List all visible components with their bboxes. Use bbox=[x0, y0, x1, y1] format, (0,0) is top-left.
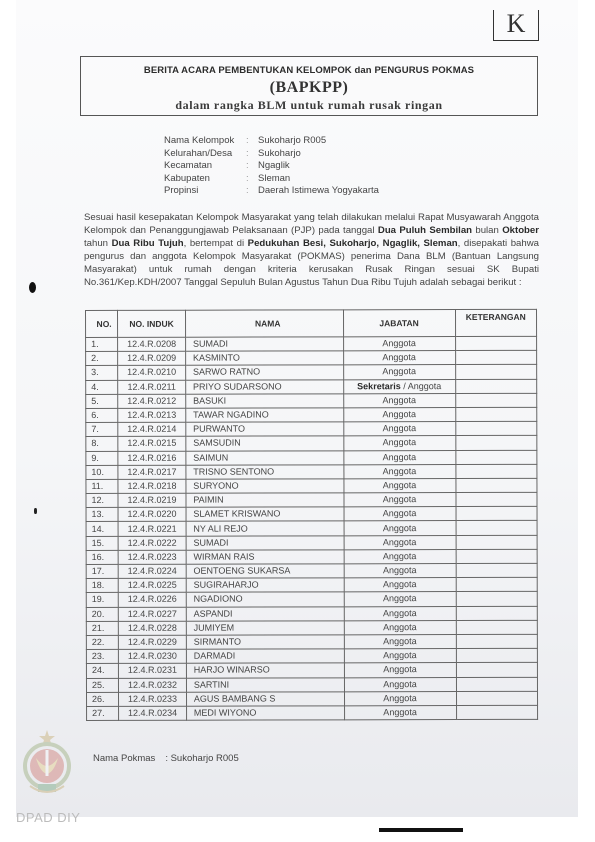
table-row: 20.12.4.R.0227ASPANDIAnggota bbox=[86, 606, 537, 621]
cell-nama: HARJO WINARSO bbox=[186, 663, 344, 678]
cell-nama: WIRMAN RAIS bbox=[186, 550, 344, 565]
cell-jabatan: Anggota bbox=[343, 464, 455, 478]
table-row: 8.12.4.R.0215SAMSUDINAnggota bbox=[86, 436, 537, 451]
cell-nama: SURYONO bbox=[186, 479, 344, 494]
cell-no: 24. bbox=[86, 664, 118, 678]
cell-no: 9. bbox=[86, 451, 118, 465]
cell-no-induk: 12.4.R.0234 bbox=[119, 706, 187, 720]
info-separator: : bbox=[246, 185, 258, 198]
cell-no: 21. bbox=[86, 621, 118, 635]
cell-no-induk: 12.4.R.0218 bbox=[118, 479, 186, 493]
header-nama: NAMA bbox=[185, 310, 343, 337]
cell-no: 3. bbox=[86, 366, 118, 380]
cell-jabatan: Anggota bbox=[343, 450, 455, 464]
info-row-propinsi: Propinsi : Daerah Istimewa Yogyakarta bbox=[164, 185, 379, 198]
table-row: 17.12.4.R.0224OENTOENG SUKARSAAnggota bbox=[86, 563, 537, 578]
cell-keterangan bbox=[455, 421, 537, 435]
info-row-kecamatan: Kecamatan : Ngaglik bbox=[164, 160, 379, 173]
punch-hole-mark bbox=[29, 282, 36, 293]
cell-no-induk: 12.4.R.0211 bbox=[118, 380, 186, 394]
cell-no: 18. bbox=[86, 579, 118, 593]
cell-nama: SUMADI bbox=[186, 535, 344, 550]
jabatan-text: Anggota bbox=[383, 579, 417, 589]
cell-jabatan: Anggota bbox=[343, 337, 455, 351]
cell-nama: SUMADI bbox=[185, 337, 343, 352]
cell-keterangan bbox=[455, 379, 537, 393]
cell-keterangan bbox=[456, 634, 538, 648]
info-row-kelurahan: Kelurahan/Desa : Sukoharjo bbox=[164, 148, 379, 161]
cell-nama: PAIMIN bbox=[186, 493, 344, 508]
table-row: 3.12.4.R.0210SARWO RATNOAnggota bbox=[86, 365, 537, 380]
paragraph-date-day: Dua Puluh Sembilan bbox=[378, 225, 472, 236]
cell-nama: SLAMET KRISWANO bbox=[186, 507, 344, 522]
cell-nama: ASPANDI bbox=[186, 606, 344, 621]
cell-jabatan: Anggota bbox=[343, 407, 455, 421]
cell-no-induk: 12.4.R.0222 bbox=[118, 536, 186, 550]
paragraph-text: , bertempat di bbox=[184, 238, 248, 249]
info-label: Kecamatan bbox=[164, 160, 246, 173]
cell-keterangan bbox=[456, 578, 538, 592]
jabatan-text: Anggota bbox=[383, 423, 417, 433]
table-row: 25.12.4.R.0232SARTINIAnggota bbox=[86, 677, 537, 692]
cell-jabatan: Anggota bbox=[344, 521, 456, 535]
info-value: Sleman bbox=[258, 173, 290, 186]
cell-nama: TRISNO SENTONO bbox=[186, 465, 344, 480]
info-label: Kabupaten bbox=[164, 173, 246, 186]
table-row: 13.12.4.R.0220SLAMET KRISWANOAnggota bbox=[86, 507, 537, 522]
table-row: 6.12.4.R.0213TAWAR NGADINOAnggota bbox=[86, 407, 537, 422]
paragraph-text: bulan bbox=[472, 225, 502, 236]
info-separator: : bbox=[246, 160, 258, 173]
cell-keterangan bbox=[456, 563, 538, 577]
cell-no: 10. bbox=[86, 465, 118, 479]
cell-nama: NY ALI REJO bbox=[186, 521, 344, 536]
title-subtitle: dalam rangka BLM untuk rumah rusak ringa… bbox=[81, 98, 537, 113]
scan-edge-bar bbox=[379, 828, 463, 832]
cell-nama: BASUKI bbox=[186, 394, 344, 409]
cell-no-induk: 12.4.R.0212 bbox=[118, 394, 186, 408]
cell-jabatan: Anggota bbox=[343, 365, 455, 379]
members-table: NO. NO. INDUK NAMA JABATAN KETERANGAN 1.… bbox=[85, 309, 538, 721]
cell-keterangan bbox=[456, 691, 538, 705]
cell-no: 6. bbox=[86, 408, 118, 422]
info-separator: : bbox=[246, 173, 258, 186]
table-row: 16.12.4.R.0223WIRMAN RAISAnggota bbox=[86, 549, 537, 564]
cell-keterangan bbox=[456, 677, 538, 691]
table-row: 2.12.4.R.0209KASMINTOAnggota bbox=[86, 351, 537, 366]
cell-no: 13. bbox=[86, 508, 118, 522]
cell-keterangan bbox=[456, 606, 538, 620]
jabatan-text: Anggota bbox=[383, 679, 417, 689]
cell-keterangan bbox=[456, 663, 538, 677]
cell-keterangan bbox=[455, 464, 537, 478]
cell-no-induk: 12.4.R.0216 bbox=[118, 451, 186, 465]
jabatan-text: Anggota bbox=[383, 409, 417, 419]
jabatan-text: Anggota bbox=[383, 622, 417, 632]
paragraph-date-month: Oktober bbox=[502, 225, 539, 236]
cell-jabatan: Anggota bbox=[343, 351, 455, 365]
info-value: Sukoharjo bbox=[258, 148, 301, 161]
jabatan-text: Anggota bbox=[382, 395, 416, 405]
jabatan-text: Anggota bbox=[382, 338, 416, 348]
header-jabatan: JABATAN bbox=[343, 310, 455, 337]
jabatan-text: Anggota bbox=[383, 707, 417, 717]
title-heading: BERITA ACARA PEMBENTUKAN KELOMPOK dan PE… bbox=[81, 65, 537, 76]
pokmas-separator: : bbox=[165, 753, 168, 764]
info-label: Nama Kelompok bbox=[164, 135, 246, 148]
title-acronym: (BAPKPP) bbox=[81, 79, 537, 97]
jabatan-text: Anggota bbox=[383, 608, 417, 618]
cell-no: 4. bbox=[86, 380, 118, 394]
cell-keterangan bbox=[455, 450, 537, 464]
jabatan-text: Anggota bbox=[383, 523, 417, 533]
info-label: Propinsi bbox=[164, 185, 246, 198]
table-row: 10.12.4.R.0217TRISNO SENTONOAnggota bbox=[86, 464, 537, 479]
cell-jabatan: Anggota bbox=[343, 478, 455, 492]
pokmas-footer: Nama Pokmas: Sukoharjo R005 bbox=[93, 753, 239, 764]
cell-keterangan bbox=[455, 351, 537, 365]
cell-jabatan: Anggota bbox=[344, 592, 456, 606]
cell-no-induk: 12.4.R.0217 bbox=[118, 465, 186, 479]
table-body: 1.12.4.R.0208SUMADIAnggota2.12.4.R.0209K… bbox=[86, 336, 538, 720]
cell-keterangan bbox=[455, 365, 537, 379]
cell-nama: SIRMANTO bbox=[186, 635, 344, 650]
cell-nama: TAWAR NGADINO bbox=[186, 408, 344, 423]
intro-paragraph: Sesuai hasil kesepakatan Kelompok Masyar… bbox=[84, 211, 539, 289]
cell-keterangan bbox=[456, 620, 538, 634]
table-row: 9.12.4.R.0216SAIMUNAnggota bbox=[86, 450, 537, 465]
cell-no-induk: 12.4.R.0219 bbox=[118, 493, 186, 507]
cell-jabatan: Anggota bbox=[344, 507, 456, 521]
dpad-diy-crest-icon bbox=[18, 728, 76, 798]
table-row: 5.12.4.R.0212BASUKIAnggota bbox=[86, 393, 537, 408]
table-row: 23.12.4.R.0230DARMADIAnggota bbox=[86, 648, 537, 663]
cell-no-induk: 12.4.R.0232 bbox=[119, 678, 187, 692]
group-info: Nama Kelompok : Sukoharjo R005 Kelurahan… bbox=[164, 135, 379, 198]
header-keterangan: KETERANGAN bbox=[455, 309, 537, 336]
table-row: 19.12.4.R.0226NGADIONOAnggota bbox=[86, 592, 537, 607]
table-row: 7.12.4.R.0214PURWANTOAnggota bbox=[86, 421, 537, 436]
cell-no-induk: 12.4.R.0209 bbox=[118, 351, 186, 365]
cell-nama: SARTINI bbox=[186, 677, 344, 692]
jabatan-text: Anggota bbox=[383, 480, 417, 490]
info-separator: : bbox=[246, 135, 258, 148]
jabatan-text: Anggota bbox=[383, 594, 417, 604]
table-row: 26.12.4.R.0233AGUS BAMBANG SAnggota bbox=[87, 691, 538, 706]
cell-nama: SUGIRAHARJO bbox=[186, 578, 344, 593]
jabatan-text: Anggota bbox=[383, 452, 417, 462]
cell-keterangan bbox=[456, 521, 538, 535]
jabatan-text: Anggota bbox=[383, 693, 417, 703]
info-value: Daerah Istimewa Yogyakarta bbox=[258, 185, 379, 198]
cell-no: 23. bbox=[86, 650, 118, 664]
cell-keterangan bbox=[455, 478, 537, 492]
pokmas-value: Sukoharjo R005 bbox=[171, 753, 239, 764]
jabatan-text: Anggota bbox=[382, 352, 416, 362]
cell-no-induk: 12.4.R.0226 bbox=[118, 593, 186, 607]
jabatan-text: Anggota bbox=[383, 537, 417, 547]
cell-no: 26. bbox=[87, 692, 119, 706]
ink-mark bbox=[34, 508, 37, 514]
cell-no-induk: 12.4.R.0233 bbox=[119, 692, 187, 706]
cell-no-induk: 12.4.R.0220 bbox=[118, 507, 186, 521]
cell-no: 12. bbox=[86, 493, 118, 507]
cell-jabatan: Sekretaris / Anggota bbox=[343, 379, 455, 393]
table-row: 22.12.4.R.0229SIRMANTOAnggota bbox=[86, 634, 537, 649]
cell-keterangan bbox=[456, 535, 538, 549]
table-row: 11.12.4.R.0218SURYONOAnggota bbox=[86, 478, 537, 493]
cell-jabatan: Anggota bbox=[344, 606, 456, 620]
cell-jabatan: Anggota bbox=[344, 663, 456, 677]
table-row: 27.12.4.R.0234MEDI WIYONOAnggota bbox=[87, 705, 538, 720]
watermark-text: DPAD DIY bbox=[16, 810, 80, 825]
cell-jabatan: Anggota bbox=[344, 564, 456, 578]
jabatan-role: Sekretaris bbox=[357, 381, 401, 391]
cell-nama: NGADIONO bbox=[186, 592, 344, 607]
cell-keterangan bbox=[455, 436, 537, 450]
cell-no-induk: 12.4.R.0213 bbox=[118, 408, 186, 422]
cell-jabatan: Anggota bbox=[344, 691, 456, 705]
jabatan-text: Anggota bbox=[382, 367, 416, 377]
table-row: 12.12.4.R.0219PAIMINAnggota bbox=[86, 492, 537, 507]
cell-no: 2. bbox=[86, 352, 118, 366]
cell-no: 19. bbox=[86, 593, 118, 607]
cell-jabatan: Anggota bbox=[344, 620, 456, 634]
cell-jabatan: Anggota bbox=[343, 393, 455, 407]
info-value: Sukoharjo R005 bbox=[258, 135, 326, 148]
cell-no: 8. bbox=[86, 437, 118, 451]
pokmas-label: Nama Pokmas bbox=[93, 753, 155, 764]
cell-nama: JUMIYEM bbox=[186, 621, 344, 636]
cell-no-induk: 12.4.R.0223 bbox=[118, 550, 186, 564]
cell-jabatan: Anggota bbox=[344, 535, 456, 549]
cell-no-induk: 12.4.R.0227 bbox=[118, 607, 186, 621]
cell-keterangan bbox=[456, 549, 538, 563]
cell-jabatan: Anggota bbox=[344, 549, 456, 563]
table-row: 18.12.4.R.0225SUGIRAHARJOAnggota bbox=[86, 578, 537, 593]
cell-no-induk: 12.4.R.0231 bbox=[119, 664, 187, 678]
cell-no-induk: 12.4.R.0230 bbox=[119, 649, 187, 663]
cell-no: 16. bbox=[86, 550, 118, 564]
cell-nama: OENTOENG SUKARSA bbox=[186, 564, 344, 579]
cell-nama: SAIMUN bbox=[186, 450, 344, 465]
cell-keterangan bbox=[455, 336, 537, 350]
cell-no-induk: 12.4.R.0228 bbox=[118, 621, 186, 635]
cell-no: 22. bbox=[86, 635, 118, 649]
cell-nama: SAMSUDIN bbox=[186, 436, 344, 451]
cell-jabatan: Anggota bbox=[344, 677, 456, 691]
cell-jabatan: Anggota bbox=[344, 578, 456, 592]
cell-nama: MEDI WIYONO bbox=[186, 706, 344, 721]
cell-jabatan: Anggota bbox=[344, 493, 456, 507]
table-row: 4.12.4.R.0211PRIYO SUDARSONOSekretaris /… bbox=[86, 379, 537, 394]
jabatan-text: Anggota bbox=[383, 565, 417, 575]
cell-jabatan: Anggota bbox=[344, 634, 456, 648]
cell-no-induk: 12.4.R.0229 bbox=[119, 635, 187, 649]
cell-no: 27. bbox=[87, 706, 119, 720]
cell-nama: AGUS BAMBANG S bbox=[186, 692, 344, 707]
paragraph-location: Pedukuhan Besi, Sukoharjo, Ngaglik, Slem… bbox=[248, 238, 458, 249]
cell-no-induk: 12.4.R.0210 bbox=[118, 366, 186, 380]
jabatan-text: Anggota bbox=[383, 494, 417, 504]
cell-no: 20. bbox=[86, 607, 118, 621]
cell-nama: SARWO RATNO bbox=[185, 365, 343, 380]
cell-no: 14. bbox=[86, 522, 118, 536]
corner-code-mark: K bbox=[493, 10, 539, 41]
info-separator: : bbox=[246, 148, 258, 161]
cell-no: 15. bbox=[86, 536, 118, 550]
table-row: 21.12.4.R.0228JUMIYEMAnggota bbox=[86, 620, 537, 635]
table-row: 24.12.4.R.0231HARJO WINARSOAnggota bbox=[86, 663, 537, 678]
cell-keterangan bbox=[456, 592, 538, 606]
jabatan-text: / Anggota bbox=[401, 381, 442, 391]
paragraph-text: tahun bbox=[84, 238, 112, 249]
cell-no-induk: 12.4.R.0215 bbox=[118, 437, 186, 451]
jabatan-text: Anggota bbox=[383, 650, 417, 660]
cell-no-induk: 12.4.R.0208 bbox=[118, 337, 186, 351]
cell-no-induk: 12.4.R.0221 bbox=[118, 522, 186, 536]
table-header-row: NO. NO. INDUK NAMA JABATAN KETERANGAN bbox=[86, 309, 537, 337]
cell-keterangan bbox=[455, 393, 537, 407]
header-no: NO. bbox=[86, 310, 118, 337]
cell-no: 11. bbox=[86, 479, 118, 493]
info-label: Kelurahan/Desa bbox=[164, 148, 246, 161]
cell-jabatan: Anggota bbox=[344, 705, 456, 719]
cell-no-induk: 12.4.R.0224 bbox=[118, 564, 186, 578]
cell-keterangan bbox=[455, 492, 537, 506]
cell-no-induk: 12.4.R.0214 bbox=[118, 422, 186, 436]
cell-keterangan bbox=[455, 407, 537, 421]
cell-jabatan: Anggota bbox=[343, 422, 455, 436]
cell-no-induk: 12.4.R.0225 bbox=[118, 578, 186, 592]
cell-no: 5. bbox=[86, 394, 118, 408]
jabatan-text: Anggota bbox=[383, 508, 417, 518]
cell-nama: PURWANTO bbox=[186, 422, 344, 437]
cell-no: 25. bbox=[86, 678, 118, 692]
jabatan-text: Anggota bbox=[383, 466, 417, 476]
table-row: 14.12.4.R.0221NY ALI REJOAnggota bbox=[86, 521, 537, 536]
cell-nama: KASMINTO bbox=[185, 351, 343, 366]
cell-jabatan: Anggota bbox=[344, 649, 456, 663]
paragraph-date-year: Dua Ribu Tujuh bbox=[112, 238, 184, 249]
table-row: 1.12.4.R.0208SUMADIAnggota bbox=[86, 336, 537, 351]
cell-keterangan bbox=[456, 507, 538, 521]
cell-keterangan bbox=[456, 705, 538, 719]
info-row-kabupaten: Kabupaten : Sleman bbox=[164, 173, 379, 186]
jabatan-text: Anggota bbox=[383, 665, 417, 675]
cell-no: 1. bbox=[86, 337, 118, 351]
info-value: Ngaglik bbox=[258, 160, 290, 173]
jabatan-text: Anggota bbox=[383, 636, 417, 646]
cell-jabatan: Anggota bbox=[343, 436, 455, 450]
cell-no: 17. bbox=[86, 564, 118, 578]
cell-keterangan bbox=[456, 648, 538, 662]
cell-nama: DARMADI bbox=[186, 649, 344, 664]
table-row: 15.12.4.R.0222SUMADIAnggota bbox=[86, 535, 537, 550]
cell-nama: PRIYO SUDARSONO bbox=[186, 379, 344, 394]
jabatan-text: Anggota bbox=[383, 551, 417, 561]
jabatan-text: Anggota bbox=[383, 438, 417, 448]
title-box: BERITA ACARA PEMBENTUKAN KELOMPOK dan PE… bbox=[80, 56, 538, 116]
header-no-induk: NO. INDUK bbox=[118, 310, 186, 337]
info-row-nama-kelompok: Nama Kelompok : Sukoharjo R005 bbox=[164, 135, 379, 148]
cell-no: 7. bbox=[86, 423, 118, 437]
